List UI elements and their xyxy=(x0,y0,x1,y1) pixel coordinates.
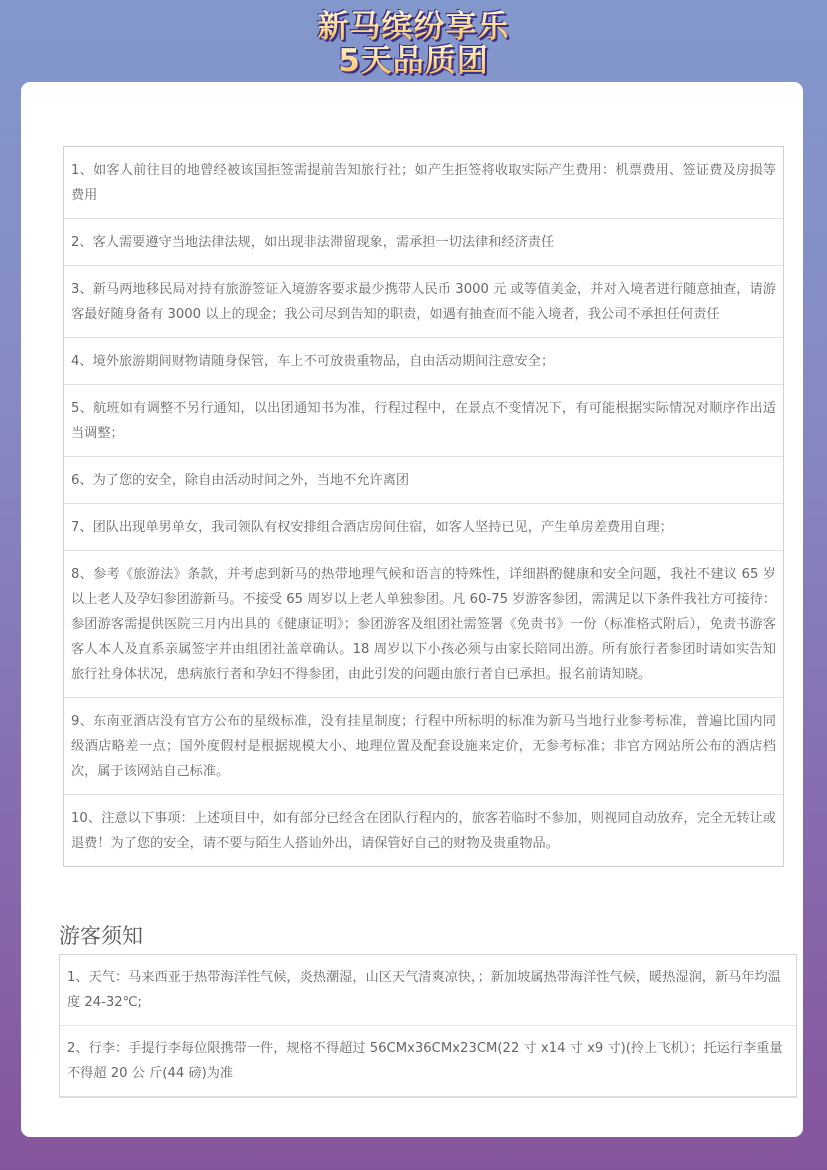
content-card: 1、如客人前往目的地曾经被该国拒签需提前告知旅行社；如产生拒签将收取实际产生费用… xyxy=(21,82,803,1137)
note-row: 3、新马两地移民局对持有旅游签证入境游客要求最少携带人民币 3000 元 或等值… xyxy=(64,265,783,337)
note-row: 6、为了您的安全，除自由活动时间之外，当地不允许离团 xyxy=(64,456,783,503)
note-row: 5、航班如有调整不另行通知，以出团通知书为准，行程过程中，在景点不变情况下，有可… xyxy=(64,384,783,456)
notes-table: 1、如客人前往目的地曾经被该国拒签需提前告知旅行社；如产生拒签将收取实际产生费用… xyxy=(63,146,784,867)
note-row: 1、如客人前往目的地曾经被该国拒签需提前告知旅行社；如产生拒签将收取实际产生费用… xyxy=(64,147,783,218)
note-row: 8、参考《旅游法》条款，并考虑到新马的热带地理气候和语言的特殊性，详细斟酌健康和… xyxy=(64,550,783,697)
title-banner: 新马缤纷享乐 5天品质团 xyxy=(0,0,827,82)
traveler-notice-table: 1、天气：马来西亚于热带海洋性气候，炎热潮湿，山区天气清爽凉快，；新加坡属热带海… xyxy=(59,954,797,1098)
banner-title-line2: 5天品质团 xyxy=(338,44,489,78)
tip-row-luggage: 2、行李：手提行李每位限携带一件，规格不得超过 56CMx36CMx23CM(2… xyxy=(60,1025,796,1096)
section-title-traveler-notice: 游客须知 xyxy=(59,920,143,950)
note-row: 9、东南亚酒店没有官方公布的星级标准，没有挂星制度；行程中所标明的标准为新马当地… xyxy=(64,697,783,794)
banner-title-line1: 新马缤纷享乐 xyxy=(318,10,510,44)
note-row: 4、境外旅游期间财物请随身保管，车上不可放贵重物品，自由活动期间注意安全； xyxy=(64,337,783,384)
note-row: 10、注意以下事项：上述项目中，如有部分已经含在团队行程内的，旅客若临时不参加，… xyxy=(64,794,783,866)
note-row: 2、客人需要遵守当地法律法规，如出现非法滞留现象，需承担一切法律和经济责任 xyxy=(64,218,783,265)
note-row: 7、团队出现单男单女，我司领队有权安排组合酒店房间住宿，如客人坚持已见，产生单房… xyxy=(64,503,783,550)
tip-row-weather: 1、天气：马来西亚于热带海洋性气候，炎热潮湿，山区天气清爽凉快，；新加坡属热带海… xyxy=(60,955,796,1025)
